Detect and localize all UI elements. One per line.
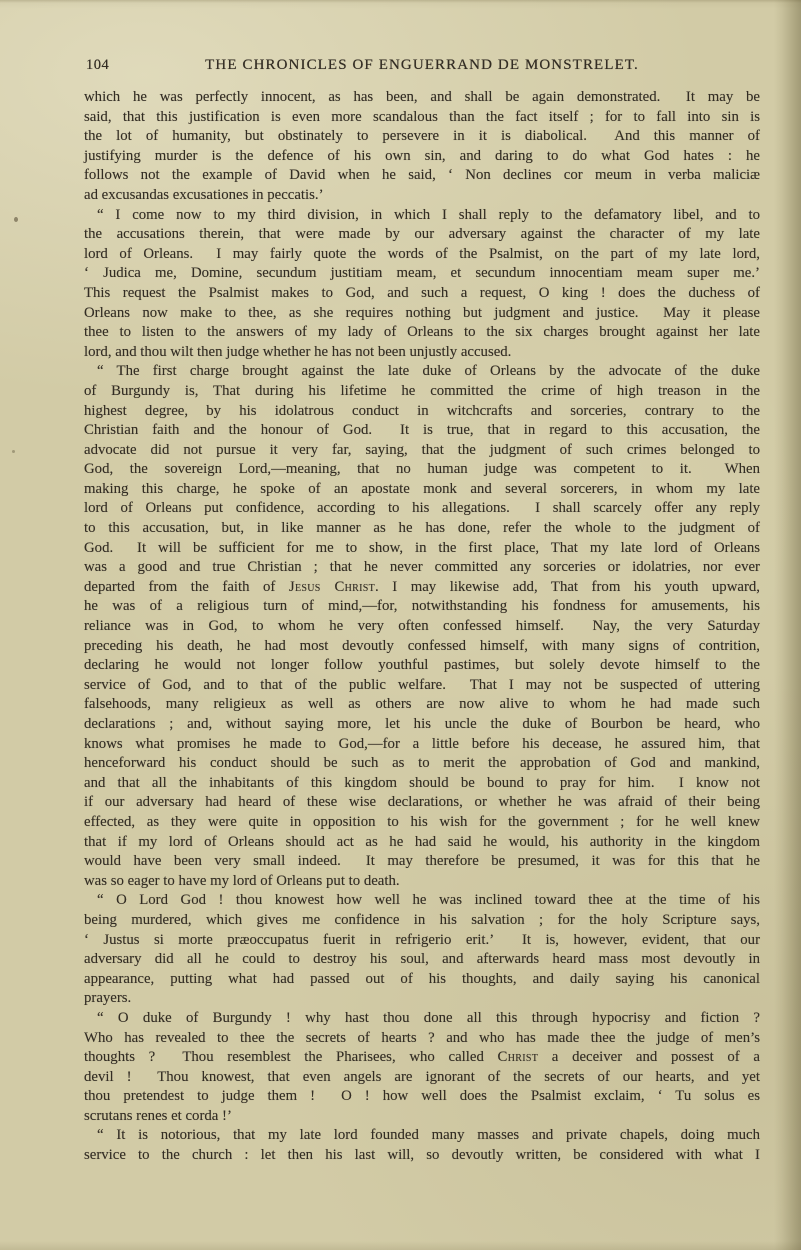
running-header: 104 THE CHRONICLES OF ENGUERRAND DE MONS… <box>84 57 760 75</box>
text-line: making this charge, he spoke of an apost… <box>84 480 760 500</box>
text-line: he was of a religious turn of mind,—for,… <box>84 597 760 617</box>
text-line: said, that this justification is even mo… <box>84 108 760 128</box>
text-line: if our adversary had heard of these wise… <box>84 793 760 813</box>
paragraph: “ O duke of Burgundy ! why hast thou don… <box>84 1009 760 1127</box>
text-line: departed from the faith of Jesus Christ.… <box>84 578 760 598</box>
text-line: being murdered, which gives me confidenc… <box>84 911 760 931</box>
paragraph: “ The first charge brought against the l… <box>84 362 760 891</box>
text-line: to this accusation, but, in like manner … <box>84 519 760 539</box>
running-title: THE CHRONICLES OF ENGUERRAND DE MONSTREL… <box>84 57 760 74</box>
text-line: effected, as they were quite in oppositi… <box>84 813 760 833</box>
text-line: and that all the inhabitants of this kin… <box>84 774 760 794</box>
text-line: which he was perfectly innocent, as has … <box>84 88 760 108</box>
text-line: thou pretendest to judge them ! O ! how … <box>84 1087 760 1107</box>
paper-speck <box>14 217 18 222</box>
text-line: lord of Orleans put confidence, accordin… <box>84 499 760 519</box>
text-line: God. It will be sufficient for me to sho… <box>84 539 760 559</box>
text-line: Christian faith and the honour of God. I… <box>84 421 760 441</box>
text-line: ‘ Judica me, Domine, secundum justitiam … <box>84 264 760 284</box>
text-line: lord, and thou wilt then judge whether h… <box>84 343 760 363</box>
text-line: the lot of humanity, but obstinately to … <box>84 127 760 147</box>
text-line: ad excusandas excusationes in peccatis.’ <box>84 186 760 206</box>
text-line: highest degree, by his idolatrous conduc… <box>84 402 760 422</box>
text-line: appearance, putting what had passed out … <box>84 970 760 990</box>
text-line: that if my lord of Orleans should act as… <box>84 833 760 853</box>
paragraph: “ It is notorious, that my late lord fou… <box>84 1126 760 1165</box>
text-line: “ The first charge brought against the l… <box>84 362 760 382</box>
text-line: was a good and true Christian ; that he … <box>84 558 760 578</box>
paragraph: which he was perfectly innocent, as has … <box>84 88 760 206</box>
text-line: Orleans now make to thee, as she require… <box>84 304 760 324</box>
text-line: knows what promises he made to God,—for … <box>84 735 760 755</box>
text-line: “ It is notorious, that my late lord fou… <box>84 1126 760 1146</box>
text-line: reliance was in God, to whom he very oft… <box>84 617 760 637</box>
text-line: falsehoods, many religieux as well as ot… <box>84 695 760 715</box>
text-line: God, the sovereign Lord,—meaning, that n… <box>84 460 760 480</box>
text-line: henceforward his conduct should be such … <box>84 754 760 774</box>
text-line: devil ! Thou knowest, that even angels a… <box>84 1068 760 1088</box>
text-line: Who has revealed to thee the secrets of … <box>84 1029 760 1049</box>
text-line: “ I come now to my third division, in wh… <box>84 206 760 226</box>
text-line: would have been very small indeed. It ma… <box>84 852 760 872</box>
text-line: ‘ Justus si morte præoccupatus fuerit in… <box>84 931 760 951</box>
text-line: lord of Orleans. I may fairly quote the … <box>84 245 760 265</box>
text-line: service to the church : let then his las… <box>84 1146 760 1166</box>
text-line: This request the Psalmist makes to God, … <box>84 284 760 304</box>
text-line: service of God, and to that of the publi… <box>84 676 760 696</box>
text-line: declarations ; and, without saying more,… <box>84 715 760 735</box>
text-line: was so eager to have my lord of Orleans … <box>84 872 760 892</box>
text-line: thee to listen to the answers of my lady… <box>84 323 760 343</box>
paragraph: “ I come now to my third division, in wh… <box>84 206 760 363</box>
page-body: which he was perfectly innocent, as has … <box>84 88 760 1166</box>
paragraph: “ O Lord God ! thou knowest how well he … <box>84 891 760 1009</box>
text-line: advocate did not pursue it very far, say… <box>84 441 760 461</box>
text-line: follows not the example of David when he… <box>84 166 760 186</box>
text-line: the accusations therein, that were made … <box>84 225 760 245</box>
book-page: 104 THE CHRONICLES OF ENGUERRAND DE MONS… <box>0 0 801 1250</box>
text-line: “ O Lord God ! thou knowest how well he … <box>84 891 760 911</box>
paper-speck <box>12 450 15 453</box>
text-line: prayers. <box>84 989 760 1009</box>
text-line: declaring he would not longer follow you… <box>84 656 760 676</box>
text-line: thoughts ? Thou resemblest the Pharisees… <box>84 1048 760 1068</box>
text-line: scrutans renes et corda !’ <box>84 1107 760 1127</box>
text-line: justifying murder is the defence of his … <box>84 147 760 167</box>
text-line: adversary did all he could to destroy hi… <box>84 950 760 970</box>
text-line: of Burgundy is, That during his lifetime… <box>84 382 760 402</box>
text-line: preceding his death, he had most devoutl… <box>84 637 760 657</box>
text-line: “ O duke of Burgundy ! why hast thou don… <box>84 1009 760 1029</box>
